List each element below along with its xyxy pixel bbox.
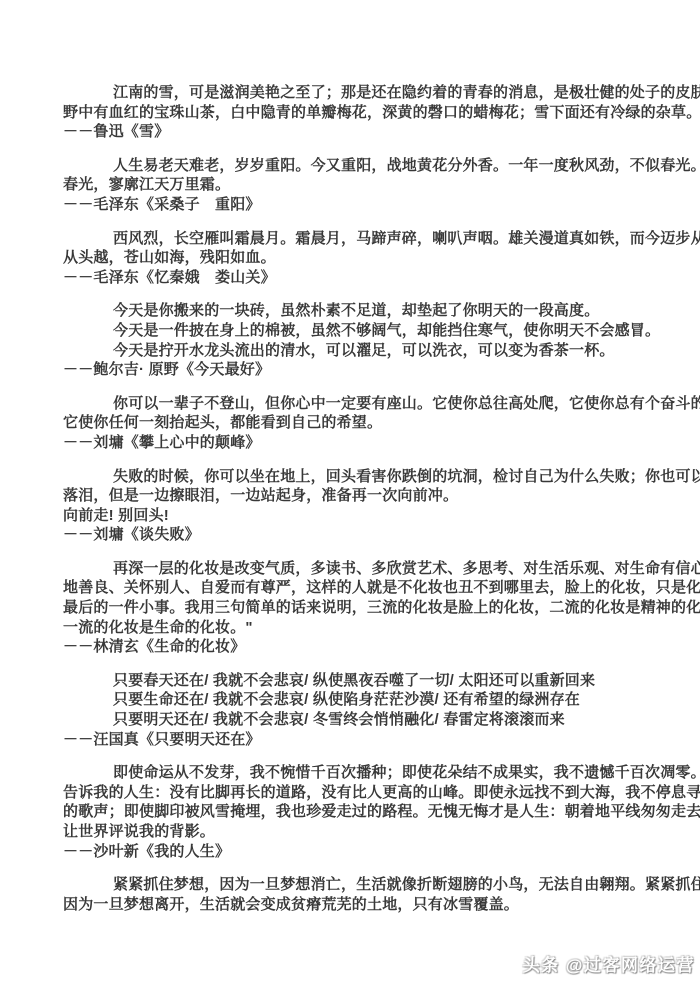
text-line: 只要春天还在/ 我就不会悲哀/ 纵使黑夜吞噬了一切/ 太阳还可以重新回来: [63, 671, 638, 691]
attribution-line: －－汪国真《只要明天还在》: [63, 730, 638, 750]
paragraph: 今天是你搬来的一块砖，虽然朴素不足道，却垫起了你明天的一段高度。今天是一件披在身…: [63, 301, 638, 379]
paragraph: 紧紧抓住梦想，因为一旦梦想消亡，生活就像折断翅膀的小鸟，无法自由翱翔。紧紧抓住梦…: [63, 875, 638, 914]
text-line: 今天是一件披在身上的棉被，虽然不够阔气，却能挡住寒气，使你明天不会感冒。: [63, 321, 638, 341]
text-line: 只要生命还在/ 我就不会悲哀/ 纵使陷身茫茫沙漠/ 还有希望的绿洲存在: [63, 690, 638, 710]
text-line: 失败的时候，你可以坐在地上，回头看害你跌倒的坑洞，检讨自己为什么失败；你也可以伤…: [63, 467, 638, 487]
text-line: 西风烈，长空雁叫霜晨月。霜晨月，马蹄声碎，喇叭声咽。雄关漫道真如铁，而今迈步从头…: [63, 229, 638, 249]
text-line: 向前走! 别回头!: [63, 506, 638, 526]
paragraph: 你可以一辈子不登山，但你心中一定要有座山。它使你总往高处爬，它使你总有个奋斗的方…: [63, 394, 638, 453]
attribution-line: －－鲍尔吉· 原野《今天最好》: [63, 360, 638, 380]
attribution-line: －－刘墉《谈失败》: [63, 525, 638, 545]
paragraph: 只要春天还在/ 我就不会悲哀/ 纵使黑夜吞噬了一切/ 太阳还可以重新回来只要生命…: [63, 671, 638, 749]
text-line: 因为一旦梦想离开，生活就会变成贫瘠荒芜的土地，只有冰雪覆盖。: [63, 895, 638, 915]
text-line: 一流的化妆是生命的化妆。": [63, 618, 638, 638]
text-line: 今天是拧开水龙头流出的清水，可以濯足，可以洗衣，可以变为香茶一杯。: [63, 341, 638, 361]
text-line: 它使你任何一刻抬起头，都能看到自己的希望。: [63, 413, 638, 433]
paragraph: 即使命运从不发芽，我不惋惜千百次播种；即使花朵结不成果实，我不遗憾千百次凋零。信…: [63, 763, 638, 861]
text-line: 只要明天还在/ 我就不会悲哀/ 冬雪终会悄悄融化/ 春雷定将滚滚而来: [63, 710, 638, 730]
text-line: 从头越，苍山如海，残阳如血。: [63, 248, 638, 268]
text-line: 今天是你搬来的一块砖，虽然朴素不足道，却垫起了你明天的一段高度。: [63, 301, 638, 321]
attribution-line: －－毛泽东《采桑子 重阳》: [63, 195, 638, 215]
text-line: 即使命运从不发芽，我不惋惜千百次播种；即使花朵结不成果实，我不遗憾千百次凋零。信…: [63, 763, 638, 783]
text-line: 江南的雪，可是滋润美艳之至了；那是还在隐约着的青春的消息，是极壮健的处子的皮肤。…: [63, 83, 638, 103]
text-line: 再深一层的化妆是改变气质，多读书、多欣赏艺术、多思考、对生活乐观、对生命有信心、…: [63, 559, 638, 579]
attribution-line: －－鲁迅《雪》: [63, 122, 638, 142]
text-line: 人生易老天难老，岁岁重阳。今又重阳，战地黄花分外香。一年一度秋风劲，不似春光。胜…: [63, 156, 638, 176]
paragraph: 西风烈，长空雁叫霜晨月。霜晨月，马蹄声碎，喇叭声咽。雄关漫道真如铁，而今迈步从头…: [63, 229, 638, 288]
paragraph: 江南的雪，可是滋润美艳之至了；那是还在隐约着的青春的消息，是极壮健的处子的皮肤。…: [63, 83, 638, 142]
paragraph: 人生易老天难老，岁岁重阳。今又重阳，战地黄花分外香。一年一度秋风劲，不似春光。胜…: [63, 156, 638, 215]
text-line: 春光，寥廓江天万里霜。: [63, 175, 638, 195]
text-line: 紧紧抓住梦想，因为一旦梦想消亡，生活就像折断翅膀的小鸟，无法自由翱翔。紧紧抓住梦…: [63, 875, 638, 895]
text-line: 让世界评说我的背影。: [63, 822, 638, 842]
attribution-line: －－毛泽东《忆秦娥 娄山关》: [63, 268, 638, 288]
watermark: 头条 @过客网络运营: [523, 951, 695, 976]
attribution-line: －－刘墉《攀上心中的颠峰》: [63, 433, 638, 453]
text-line: 告诉我的人生：没有比脚再长的道路，没有比人更高的山峰。即使永远找不到大海，我不停…: [63, 783, 638, 803]
text-line: 你可以一辈子不登山，但你心中一定要有座山。它使你总往高处爬，它使你总有个奋斗的方…: [63, 394, 638, 414]
attribution-line: －－沙叶新《我的人生》: [63, 842, 638, 862]
text-line: 的歌声；即使脚印被风雪掩埋，我也珍爱走过的路程。无愧无悔才是人生：朝着地平线匆匆…: [63, 802, 638, 822]
text-line: 最后的一件小事。我用三句简单的话来说明，三流的化妆是脸上的化妆，二流的化妆是精神…: [63, 598, 638, 618]
text-content: 江南的雪，可是滋润美艳之至了；那是还在隐约着的青春的消息，是极壮健的处子的皮肤。…: [63, 83, 638, 928]
attribution-line: －－林清玄《生命的化妆》: [63, 637, 638, 657]
paragraph: 再深一层的化妆是改变气质，多读书、多欣赏艺术、多思考、对生活乐观、对生命有信心、…: [63, 559, 638, 657]
text-line: 落泪，但是一边擦眼泪，一边站起身，准备再一次向前冲。: [63, 486, 638, 506]
text-line: 地善良、关怀别人、自爱而有尊严，这样的人就是不化妆也丑不到哪里去，脸上的化妆，只…: [63, 578, 638, 598]
document-page: 江南的雪，可是滋润美艳之至了；那是还在隐约着的青春的消息，是极壮健的处子的皮肤。…: [0, 0, 700, 989]
paragraph: 失败的时候，你可以坐在地上，回头看害你跌倒的坑洞，检讨自己为什么失败；你也可以伤…: [63, 467, 638, 545]
text-line: 野中有血红的宝珠山茶，白中隐青的单瓣梅花，深黄的磬口的蜡梅花；雪下面还有冷绿的杂…: [63, 103, 638, 123]
